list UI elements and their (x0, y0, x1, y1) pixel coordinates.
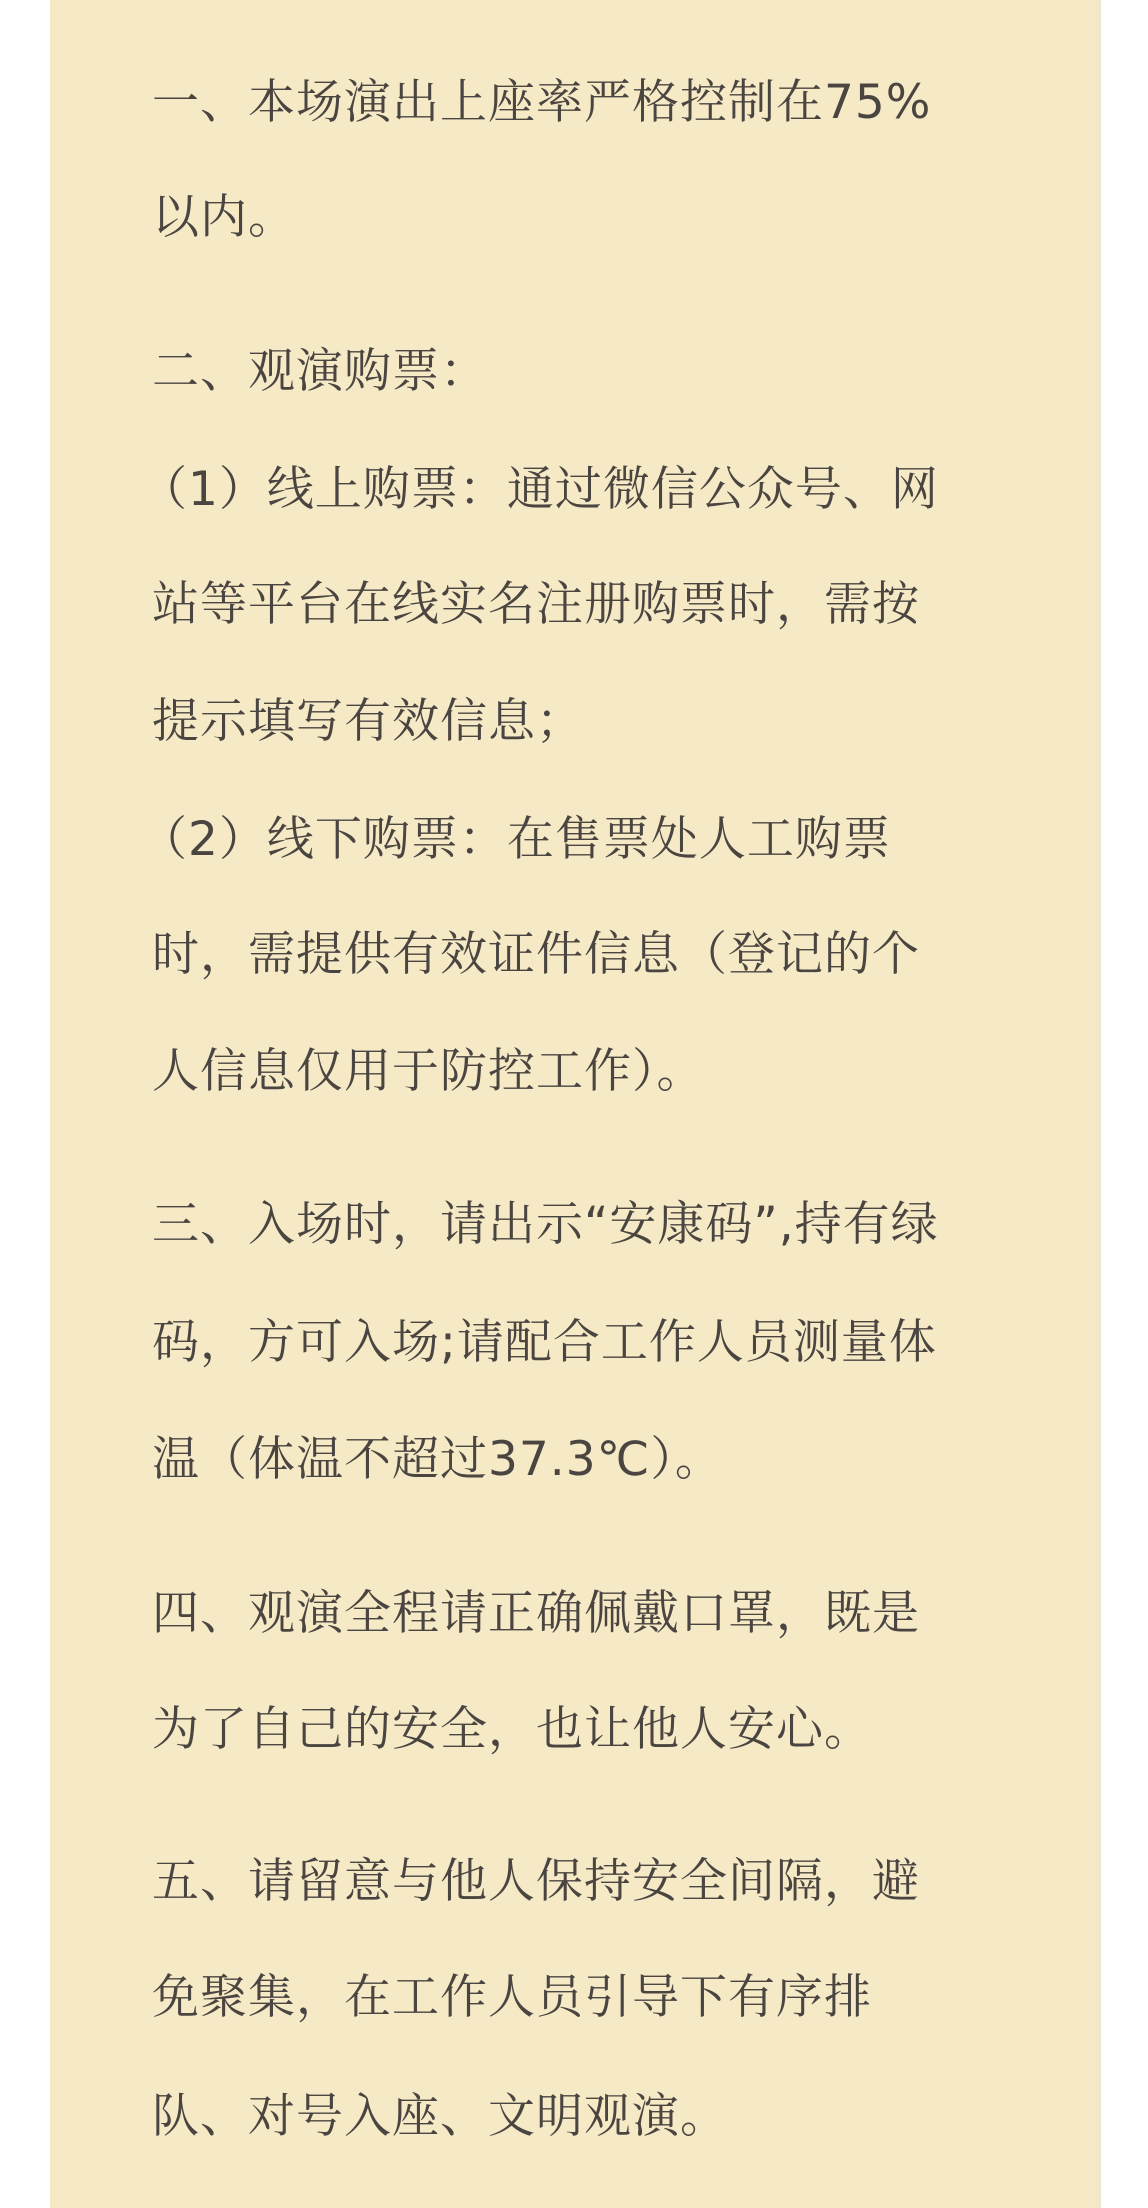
offline-ticketing-line-3: 人信息仅用于防控工作）。 (152, 1042, 705, 1102)
section-1-line-1: 一、本场演出上座率严格控制在75% (152, 73, 931, 133)
section-4-line-1: 四、观演全程请正确佩戴口罩，既是 (152, 1584, 920, 1644)
online-ticketing-line-2: 站等平台在线实名注册购票时，需按 (152, 575, 920, 635)
online-ticketing-line-3: 提示填写有效信息； (152, 692, 584, 752)
section-3-line-3: 温（体温不超过37.3℃）。 (152, 1430, 723, 1490)
offline-ticketing-line-2: 时，需提供有效证件信息（登记的个 (152, 925, 920, 985)
section-3-line-2: 码，方可入场;请配合工作人员测量体 (152, 1313, 937, 1373)
section-2-heading: 二、观演购票： (152, 342, 488, 402)
online-ticketing-line-1: （1）线上购票：通过微信公众号、网 (140, 460, 939, 520)
section-5-line-1: 五、请留意与他人保持安全间隔，避 (152, 1852, 920, 1912)
section-5-line-2: 免聚集，在工作人员引导下有序排 (152, 1968, 872, 2028)
offline-ticketing-line-1: （2）线下购票：在售票处人工购票 (140, 810, 891, 870)
section-1-line-2: 以内。 (152, 188, 296, 248)
section-4-line-2: 为了自己的安全，也让他人安心。 (152, 1700, 872, 1760)
section-5-line-3: 队、对号入座、文明观演。 (152, 2087, 728, 2147)
section-3-line-1: 三、入场时，请出示“安康码”,持有绿 (152, 1195, 939, 1255)
panel-edge-divider (1098, 0, 1101, 2208)
